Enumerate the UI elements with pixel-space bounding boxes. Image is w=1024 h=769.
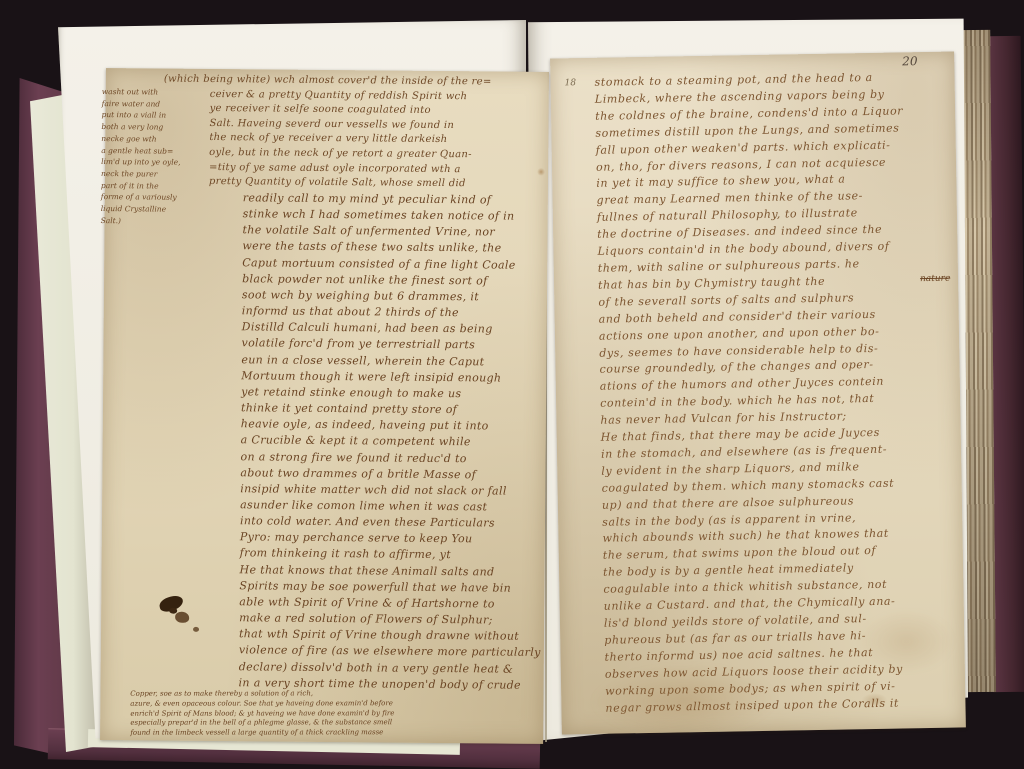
manuscript-line: dys, seemes to have considerable help to…: [599, 340, 907, 362]
manuscript-line: great many Learned men thinke of the use…: [596, 188, 904, 210]
manuscript-line: them, with saline or sulphureous parts. …: [598, 255, 906, 277]
manuscript-line: insipid white matter wch did not slack o…: [240, 481, 542, 500]
manuscript-line: Caput mortuum consisted of a fine light …: [242, 255, 544, 274]
manuscript-line: the body is by a gentle heat immediately: [603, 560, 911, 582]
manuscript-line: Salt. Haveing severd our vessells we fou…: [209, 117, 491, 134]
manuscript-line: oyle, but in the neck of ye retort a gre…: [209, 146, 491, 163]
manuscript-line: eun in a close vessell, wherein the Capu…: [241, 352, 543, 371]
manuscript-line: ceiver & a pretty Quantity of reddish Sp…: [210, 88, 492, 105]
manuscript-line: a Crucible & kept it a competent while: [241, 433, 543, 452]
manuscript-line: make a red solution of Flowers of Sulphu…: [239, 610, 541, 629]
manuscript-line: violence of fire (as we elsewhere more p…: [239, 643, 541, 662]
manuscript-line: especially prepar'd in the bell of a phl…: [130, 719, 394, 729]
manuscript-line: neck the purer: [101, 168, 180, 180]
manuscript-line: part of it in the: [101, 180, 180, 192]
manuscript-line: Pyro: may perchance serve to keep You: [240, 530, 542, 549]
manuscript-line: sometimes distill upon the Lungs, and so…: [595, 120, 903, 142]
manuscript-line: from thinkeing it rash to affirme, yt: [240, 546, 542, 565]
manuscript-line: that has bin by Chymistry taught the: [598, 272, 906, 294]
manuscript-line: fall upon other weaken'd parts. which ex…: [596, 137, 904, 159]
manuscript-line: pretty Quantity of volatile Salt, whose …: [209, 175, 491, 192]
manuscript-line: asunder like comon lime when it was cast: [240, 497, 542, 516]
manuscript-line: on a strong fire we found it reduc'd to: [240, 449, 542, 468]
manuscript-line: the doctrine of Diseases. and indeed sin…: [597, 222, 905, 244]
manuscript-line: in yet it may suffice to shew you, what …: [596, 171, 904, 193]
manuscript-line: the neck of ye receiver a very little da…: [209, 131, 491, 148]
manuscript-line: Mortuum though it were left insipid enou…: [241, 368, 543, 387]
manuscript-line: ations of the humors and other Juyces co…: [600, 374, 908, 396]
manuscript-line: =tity of ye same adust oyle incorporated…: [209, 161, 491, 178]
left-page-body-text: readily call to my mind yt peculiar kind…: [239, 190, 545, 693]
manuscript-line: forme of a variously: [101, 191, 180, 203]
manuscript-line: up) and that there are alsoe sulphureous: [602, 492, 910, 514]
manuscript-line: (which being white) wch almost cover'd t…: [164, 73, 492, 90]
manuscript-line: on, tho, for divers reasons, I can not a…: [596, 154, 904, 176]
manuscript-line: in a very short time the unopen'd body o…: [239, 675, 541, 694]
manuscript-line: were the tasts of these two salts unlike…: [242, 239, 544, 258]
folio-number: 18: [564, 78, 576, 88]
manuscript-line: Distilld Calculi humani, had been as bei…: [242, 320, 544, 339]
page-stain: [589, 661, 780, 740]
manuscript-line: faire water and: [102, 98, 181, 110]
manuscript-line: of the severall sorts of salts and sulph…: [598, 289, 906, 311]
page-number: 20: [902, 54, 918, 68]
manuscript-line: found in the limbeck vessell a large qua…: [130, 728, 394, 738]
manuscript-line: Limbeck, where the ascending vapors bein…: [595, 86, 903, 108]
left-manuscript-leaf: washt out withfaire water andput into a …: [100, 68, 549, 744]
manuscript-line: He that knows that these Animall salts a…: [239, 562, 541, 581]
manuscript-line: yet retaind stinke enough to make us: [241, 384, 543, 403]
manuscript-line: fullnes of naturall Philosophy, to illus…: [597, 205, 905, 227]
manuscript-line: about two drammes of a britle Masse of: [240, 465, 542, 484]
page-stain: [856, 608, 957, 676]
manuscript-line: heavie oyle, as indeed, haveing put it i…: [241, 416, 543, 435]
foxing-spot: [537, 168, 545, 176]
manuscript-line: actions one upon another, and upon other…: [599, 323, 907, 345]
manuscript-line: enrich'd Spirit of Mans blood; & yt have…: [130, 709, 394, 719]
manuscript-line: declare) dissolv'd both in a very gentle…: [239, 659, 541, 678]
manuscript-line: the coldnes of the braine, condens'd int…: [595, 103, 903, 125]
manuscript-line: the serum, that swims upon the bloud out…: [603, 543, 911, 565]
manuscript-line: necke goe wth: [101, 133, 180, 145]
manuscript-line: a gentle heat sub=: [101, 145, 180, 157]
manuscript-line: thinke it yet containd pretty store of: [241, 400, 543, 419]
manuscript-line: Salt.): [101, 215, 180, 227]
manuscript-line: contein'd in the body. which he has not,…: [600, 391, 908, 413]
right-manuscript-leaf: 20 18 stomack to a steaming pot, and the…: [550, 52, 966, 735]
manuscript-line: course groundedly, of the changes and op…: [599, 357, 907, 379]
right-page-margin-note-struck: nature: [920, 274, 950, 285]
manuscript-line: which abounds with such) he that knowes …: [602, 526, 910, 548]
left-page-bottom-cramped-text: Copper, soe as to make thereby a solutio…: [130, 689, 394, 738]
manuscript-line: informd us that about 2 thirds of the: [242, 303, 544, 322]
manuscript-line: soot wch by weighing but 6 drammes, it: [242, 287, 544, 306]
ink-speck: [193, 627, 199, 632]
ink-blot: [175, 612, 189, 623]
manuscript-line: able wth Spirit of Vrine & of Hartshorne…: [239, 594, 541, 613]
manuscript-line: Liquors contain'd in the body abound, di…: [597, 238, 905, 260]
manuscript-line: He that finds, that there may be acide J…: [601, 424, 909, 446]
manuscript-line: both a very long: [101, 121, 180, 133]
manuscript-line: stomack to a steaming pot, and the head …: [594, 69, 902, 91]
manuscript-line: ly evident in the sharp Liquors, and mil…: [601, 458, 909, 480]
foxing-spot: [861, 693, 887, 707]
manuscript-line: the volatile Salt of unfermented Vrine, …: [242, 223, 544, 242]
manuscript-line: salts in the body (as is apparent in vri…: [602, 509, 910, 531]
manuscript-line: azure, & even opaceous colour. Soe that …: [130, 699, 394, 709]
manuscript-line: put into a viall in: [101, 109, 180, 121]
manuscript-book-photo: { "photo": { "subject": "open handwritte…: [0, 0, 1024, 769]
manuscript-line: stinke wch I had sometimes taken notice …: [243, 206, 545, 225]
manuscript-line: has never had Vulcan for his Instructor;: [600, 408, 908, 430]
manuscript-line: Copper, soe as to make thereby a solutio…: [130, 689, 394, 699]
manuscript-line: coagulable into a thick whitish substanc…: [603, 577, 911, 599]
manuscript-line: black powder not unlike the finest sort …: [242, 271, 544, 290]
manuscript-line: in the stomach, and elsewhere (as is fre…: [601, 441, 909, 463]
manuscript-line: into cold water. And even these Particul…: [240, 513, 542, 532]
manuscript-line: washt out with: [102, 86, 181, 98]
manuscript-line: coagulated by them. which many stomacks …: [602, 475, 910, 497]
manuscript-line: that wth Spirit of Vrine though drawne w…: [239, 626, 541, 645]
manuscript-line: ye receiver it selfe soone coagulated in…: [210, 102, 492, 119]
manuscript-line: volatile forc'd from ye terrestriall par…: [241, 336, 543, 355]
left-page-margin-notes: washt out withfaire water andput into a …: [101, 86, 182, 227]
manuscript-line: readily call to my mind yt peculiar kind…: [243, 190, 545, 209]
manuscript-line: liquid Crystalline: [101, 203, 180, 215]
manuscript-line: Spirits may be soe powerfull that we hav…: [239, 578, 541, 597]
left-page-intro-text: (which being white) wch almost cover'd t…: [209, 73, 492, 192]
manuscript-line: and both beheld and consider'd their var…: [599, 306, 907, 328]
manuscript-line: lim'd up into ye oyle,: [101, 156, 180, 168]
